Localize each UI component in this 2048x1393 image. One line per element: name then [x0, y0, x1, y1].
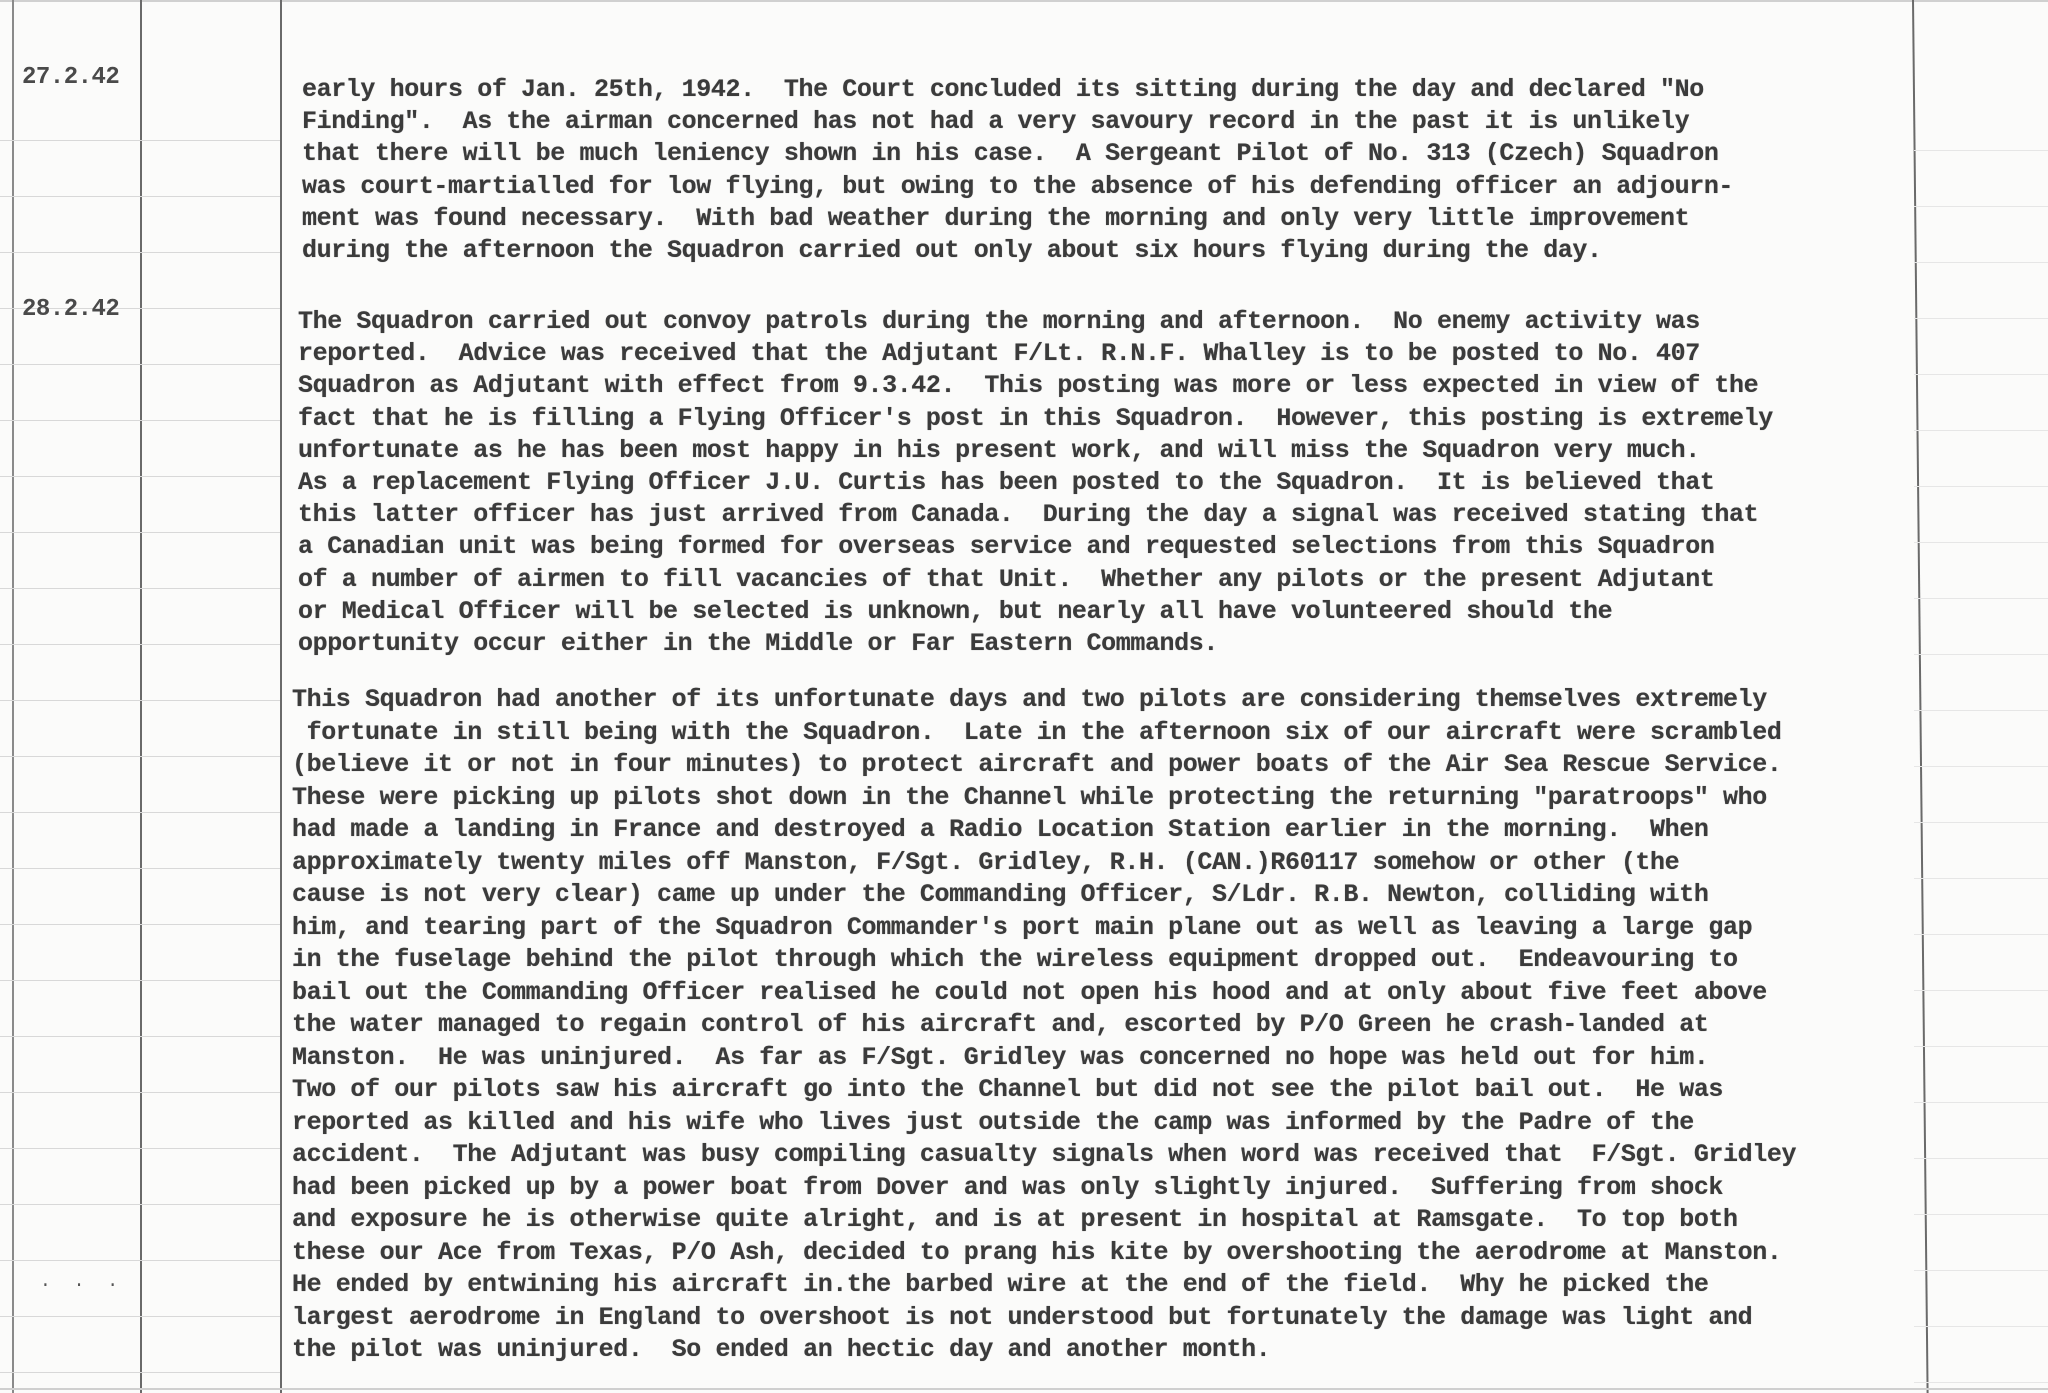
ledger-rule [0, 1260, 280, 1261]
text-line: Squadron as Adjutant with effect from 9.… [298, 370, 1958, 402]
ledger-rule [0, 700, 280, 701]
ledger-rule [0, 476, 280, 477]
text-line: reported as killed and his wife who live… [292, 1107, 1952, 1140]
ledger-rule [1914, 1382, 2048, 1383]
ledger-rule [0, 196, 280, 197]
text-line: during the afternoon the Squadron carrie… [302, 235, 1962, 267]
ledger-rule [0, 588, 280, 589]
bottom-border [0, 1388, 2048, 1390]
text-line: The Squadron carried out convoy patrols … [298, 306, 1958, 338]
text-line: in the fuselage behind the pilot through… [292, 944, 1952, 977]
text-line: Manston. He was uninjured. As far as F/S… [292, 1042, 1952, 1075]
text-line: largest aerodrome in England to overshoo… [292, 1302, 1952, 1335]
ledger-rule [0, 532, 280, 533]
text-line: bail out the Commanding Officer realised… [292, 977, 1952, 1010]
text-line: was court-martialled for low flying, but… [302, 171, 1962, 203]
ledger-rule [0, 756, 280, 757]
ledger-rule [0, 140, 280, 141]
text-line: reported. Advice was received that the A… [298, 338, 1958, 370]
entry-date: 27.2.42 [22, 64, 119, 91]
text-line: fact that he is filling a Flying Officer… [298, 403, 1958, 435]
ledger-rule [0, 1204, 280, 1205]
text-line: early hours of Jan. 25th, 1942. The Cour… [302, 74, 1962, 106]
entry-text-28-2-42-continued: This Squadron had another of its unfortu… [292, 684, 1952, 1367]
text-line: the water managed to regain control of h… [292, 1009, 1952, 1042]
text-line: accident. The Adjutant was busy compilin… [292, 1139, 1952, 1172]
text-line: or Medical Officer will be selected is u… [298, 596, 1958, 628]
text-line: approximately twenty miles off Manston, … [292, 847, 1952, 880]
text-line: Finding". As the airman concerned has no… [302, 106, 1962, 138]
ledger-rule [0, 980, 280, 981]
left-border-line [12, 0, 14, 1393]
ledger-rule [0, 868, 280, 869]
date-column-divider [140, 0, 142, 1393]
entry-date: 28.2.42 [22, 296, 119, 323]
text-line: a Canadian unit was being formed for ove… [298, 531, 1958, 563]
ledger-rule [0, 1092, 280, 1093]
text-line: had made a landing in France and destroy… [292, 814, 1952, 847]
ledger-rule [0, 1148, 280, 1149]
ledger-rule [0, 924, 280, 925]
time-column-divider [280, 0, 282, 1393]
text-line: opportunity occur either in the Middle o… [298, 628, 1958, 660]
document-page: 27.2.42 28.2.42 . . . early hours of Jan… [0, 0, 2048, 1393]
text-line: This Squadron had another of its unfortu… [292, 684, 1952, 717]
text-line: unfortunate as he has been most happy in… [298, 435, 1958, 467]
text-line: cause is not very clear) came up under t… [292, 879, 1952, 912]
text-line: these our Ace from Texas, P/O Ash, decid… [292, 1237, 1952, 1270]
ledger-rule [0, 364, 280, 365]
text-line: him, and tearing part of the Squadron Co… [292, 912, 1952, 945]
entry-text-27-2-42: early hours of Jan. 25th, 1942. The Cour… [302, 74, 1962, 267]
entry-text-28-2-42: The Squadron carried out convoy patrols … [298, 306, 1958, 660]
ledger-rule [0, 252, 280, 253]
text-line: fortunate in still being with the Squadr… [292, 717, 1952, 750]
text-line: that there will be much leniency shown i… [302, 138, 1962, 170]
text-line: this latter officer has just arrived fro… [298, 499, 1958, 531]
ledger-rule [0, 1372, 280, 1373]
text-line: (believe it or not in four minutes) to p… [292, 749, 1952, 782]
text-line: He ended by entwining his aircraft in.th… [292, 1269, 1952, 1302]
text-line: of a number of airmen to fill vacancies … [298, 564, 1958, 596]
ledger-rule [0, 1036, 280, 1037]
text-line: the pilot was uninjured. So ended an hec… [292, 1334, 1952, 1367]
top-border [0, 0, 2048, 2]
ledger-rule [0, 644, 280, 645]
text-line: had been picked up by a power boat from … [292, 1172, 1952, 1205]
text-line: As a replacement Flying Officer J.U. Cur… [298, 467, 1958, 499]
text-line: ment was found necessary. With bad weath… [302, 203, 1962, 235]
text-line: These were picking up pilots shot down i… [292, 782, 1952, 815]
text-line: Two of our pilots saw his aircraft go in… [292, 1074, 1952, 1107]
ledger-rule [0, 420, 280, 421]
ledger-rule [0, 1316, 280, 1317]
ledger-rule [0, 812, 280, 813]
text-line: and exposure he is otherwise quite alrig… [292, 1204, 1952, 1237]
margin-marks: . . . [40, 1272, 124, 1292]
